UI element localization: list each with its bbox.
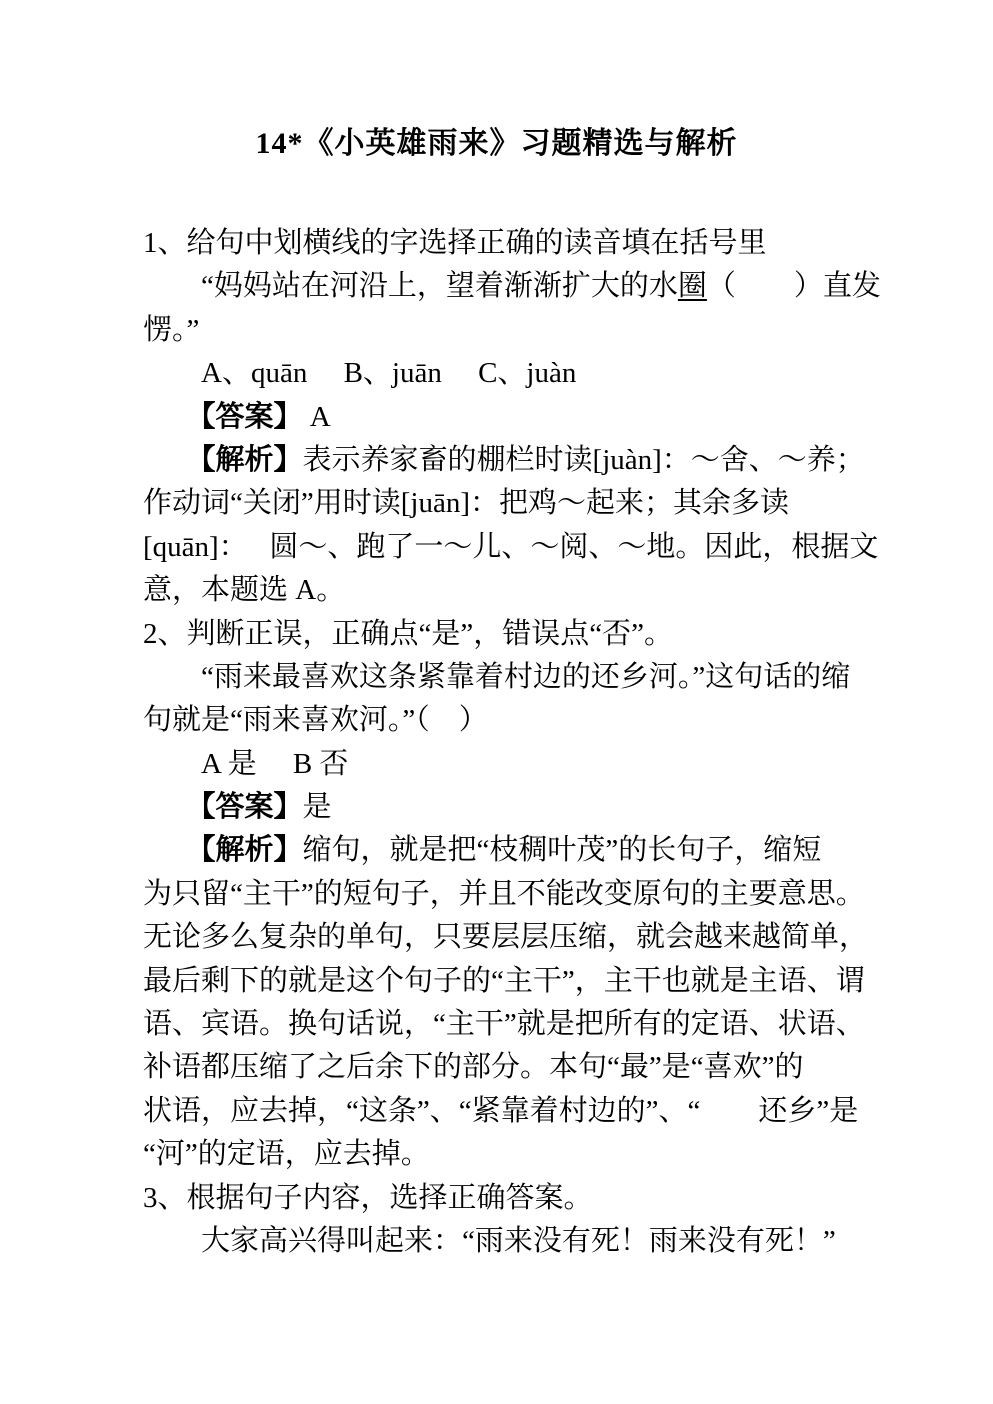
- text-segment: [143, 834, 201, 866]
- text-segment: 作动词“关闭”用时读[juān]：把鸡～起来；其余多读: [143, 487, 789, 519]
- label-text: 【解析】: [201, 444, 303, 476]
- text-segment: A、quān B、juān C、juàn: [143, 357, 576, 389]
- text-segment: 大家高兴得叫起来：“雨来没有死！雨来没有死！”: [143, 1225, 836, 1257]
- text-segment: 无论多么复杂的单句，只要层层压缩，就会越来越简单，: [143, 921, 868, 953]
- text-line: 作动词“关闭”用时读[juān]：把鸡～起来；其余多读: [143, 482, 873, 525]
- document-page: 14*《小英雄雨来》习题精选与解析 1、给句中划横线的字选择正确的读音填在括号里…: [0, 0, 993, 1404]
- text-line: 句就是“雨来喜欢河。”（ ）: [143, 699, 873, 742]
- text-line: 【答案】是: [143, 786, 873, 829]
- text-segment: [143, 791, 201, 823]
- text-segment: 补语都压缩了之后余下的部分。本句“最”是“喜欢”的: [143, 1051, 804, 1083]
- text-segment: 1、给句中划横线的字选择正确的读音填在括号里: [143, 227, 767, 259]
- text-line: 【答案】 A: [143, 396, 873, 439]
- text-segment: “妈妈站在河沿上，望着渐渐扩大的水: [143, 270, 678, 302]
- document-title: 14*《小英雄雨来》习题精选与解析: [0, 122, 993, 166]
- text-segment: 意，本题选 A。: [143, 574, 345, 606]
- text-segment: “河”的定语，应去掉。: [143, 1138, 430, 1170]
- text-line: 2、判断正误，正确点“是”，错误点“否”。: [143, 613, 873, 656]
- text-line: 意，本题选 A。: [143, 569, 873, 612]
- text-segment: 语、宾语。换句话说，“主干”就是把所有的定语、状语、: [143, 1008, 865, 1040]
- text-line: 补语都压缩了之后余下的部分。本句“最”是“喜欢”的: [143, 1046, 873, 1089]
- text-segment: [quān]： 圆～、跑了一～儿、～阅、～地。因此，根据文: [143, 531, 878, 563]
- text-line: 语、宾语。换句话说，“主干”就是把所有的定语、状语、: [143, 1003, 873, 1046]
- text-line: [quān]： 圆～、跑了一～儿、～阅、～地。因此，根据文: [143, 526, 873, 569]
- text-line: 【解析】缩句，就是把“枝稠叶茂”的长句子，缩短: [143, 829, 873, 872]
- text-line: A、quān B、juān C、juàn: [143, 352, 873, 395]
- text-segment: A: [303, 401, 331, 433]
- text-segment: 为只留“主干”的短句子，并且不能改变原句的主要意思。: [143, 878, 865, 910]
- text-line: 3、根据句子内容，选择正确答案。: [143, 1177, 873, 1220]
- text-segment: “雨来最喜欢这条紧靠着村边的还乡河。”这句话的缩: [143, 661, 850, 693]
- text-line: 为只留“主干”的短句子，并且不能改变原句的主要意思。: [143, 873, 873, 916]
- text-segment: 2、判断正误，正确点“是”，错误点“否”。: [143, 618, 673, 650]
- text-segment: [143, 401, 201, 433]
- text-segment: 状语，应去掉，“这条”、“紧靠着村边的”、“ 还乡”是: [143, 1095, 858, 1127]
- text-line: 最后剩下的就是这个句子的“主干”，主干也就是主语、谓: [143, 960, 873, 1003]
- underlined-char: 圈: [678, 270, 707, 302]
- text-segment: 是: [303, 791, 332, 823]
- label-text: 【答案】: [201, 401, 303, 433]
- label-text: 【解析】: [201, 834, 303, 866]
- text-segment: [143, 444, 201, 476]
- text-line: 状语，应去掉，“这条”、“紧靠着村边的”、“ 还乡”是: [143, 1090, 873, 1133]
- text-line: 1、给句中划横线的字选择正确的读音填在括号里: [143, 222, 873, 265]
- text-segment: 愣。”: [143, 314, 199, 346]
- text-segment: （ ）直发: [707, 270, 881, 302]
- document-body: 1、给句中划横线的字选择正确的读音填在括号里 “妈妈站在河沿上，望着渐渐扩大的水…: [143, 222, 873, 1263]
- text-line: “妈妈站在河沿上，望着渐渐扩大的水圈（ ）直发: [143, 265, 873, 308]
- text-line: 愣。”: [143, 309, 873, 352]
- text-line: A 是 B 否: [143, 743, 873, 786]
- text-segment: 最后剩下的就是这个句子的“主干”，主干也就是主语、谓: [143, 965, 865, 997]
- text-segment: 3、根据句子内容，选择正确答案。: [143, 1182, 593, 1214]
- label-text: 【答案】: [201, 791, 303, 823]
- text-line: 【解析】表示养家畜的棚栏时读[juàn]：～舍、～养；: [143, 439, 873, 482]
- text-segment: A 是 B 否: [143, 748, 348, 780]
- text-segment: 句就是“雨来喜欢河。”（ ）: [143, 704, 488, 736]
- text-line: 大家高兴得叫起来：“雨来没有死！雨来没有死！”: [143, 1220, 873, 1263]
- text-segment: 表示养家畜的棚栏时读[juàn]：～舍、～养；: [303, 444, 865, 476]
- text-line: “河”的定语，应去掉。: [143, 1133, 873, 1176]
- text-line: “雨来最喜欢这条紧靠着村边的还乡河。”这句话的缩: [143, 656, 873, 699]
- text-segment: 缩句，就是把“枝稠叶茂”的长句子，缩短: [303, 834, 822, 866]
- text-line: 无论多么复杂的单句，只要层层压缩，就会越来越简单，: [143, 916, 873, 959]
